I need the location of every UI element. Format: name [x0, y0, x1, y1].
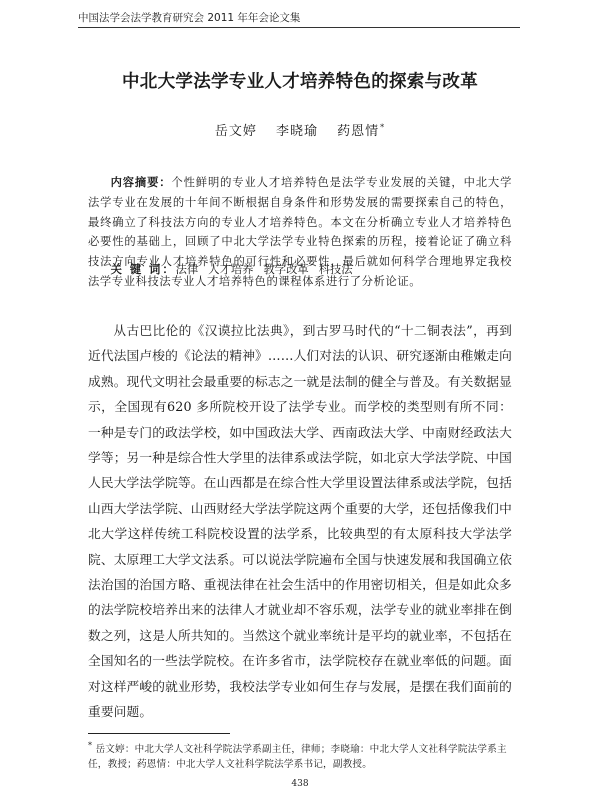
keyword: 科技法 [319, 263, 353, 276]
keywords: 关 键 词：法律人才培养教学改革科技法 [88, 260, 512, 279]
footnote-text: 岳文婷：中北大学人文社科学院法学系副主任，律师；李晓瑜：中北大学人文社科学院法学… [88, 744, 507, 770]
body-paragraph: 从古巴比伦的《汉谟拉比法典》，到古罗马时代的“十二铜表法”，再到近代法国卢梭的《… [88, 318, 512, 725]
running-header-text: 中国法学会法学教育研究会 2011 年年会论文集 [78, 12, 300, 24]
footnote-marker: * [380, 123, 385, 132]
keyword: 法律 [176, 263, 199, 276]
running-header: 中国法学会法学教育研究会 2011 年年会论文集 [78, 11, 520, 28]
author-name: 李晓瑜 [276, 124, 318, 139]
footnote: * 岳文婷：中北大学人文社科学院法学系副主任，律师；李晓瑜：中北大学人文社科学院… [88, 739, 512, 772]
keyword: 人才培养 [208, 263, 253, 276]
footnote-divider [88, 733, 230, 734]
author-name: 岳文婷 [215, 124, 257, 139]
author-line: 岳文婷 李晓瑜 药恩情* [0, 120, 600, 139]
keywords-label: 关 键 词： [111, 262, 176, 276]
article-title: 中北大学法学专业人才培养特色的探索与改革 [0, 68, 600, 93]
footnote-marker: * [88, 741, 92, 750]
author-name-text: 药恩情 [337, 124, 379, 139]
keyword: 教学改革 [263, 263, 308, 276]
abstract-label: 内容摘要： [111, 175, 172, 189]
author-name: 药恩情* [337, 124, 385, 139]
page-number: 438 [0, 779, 600, 789]
